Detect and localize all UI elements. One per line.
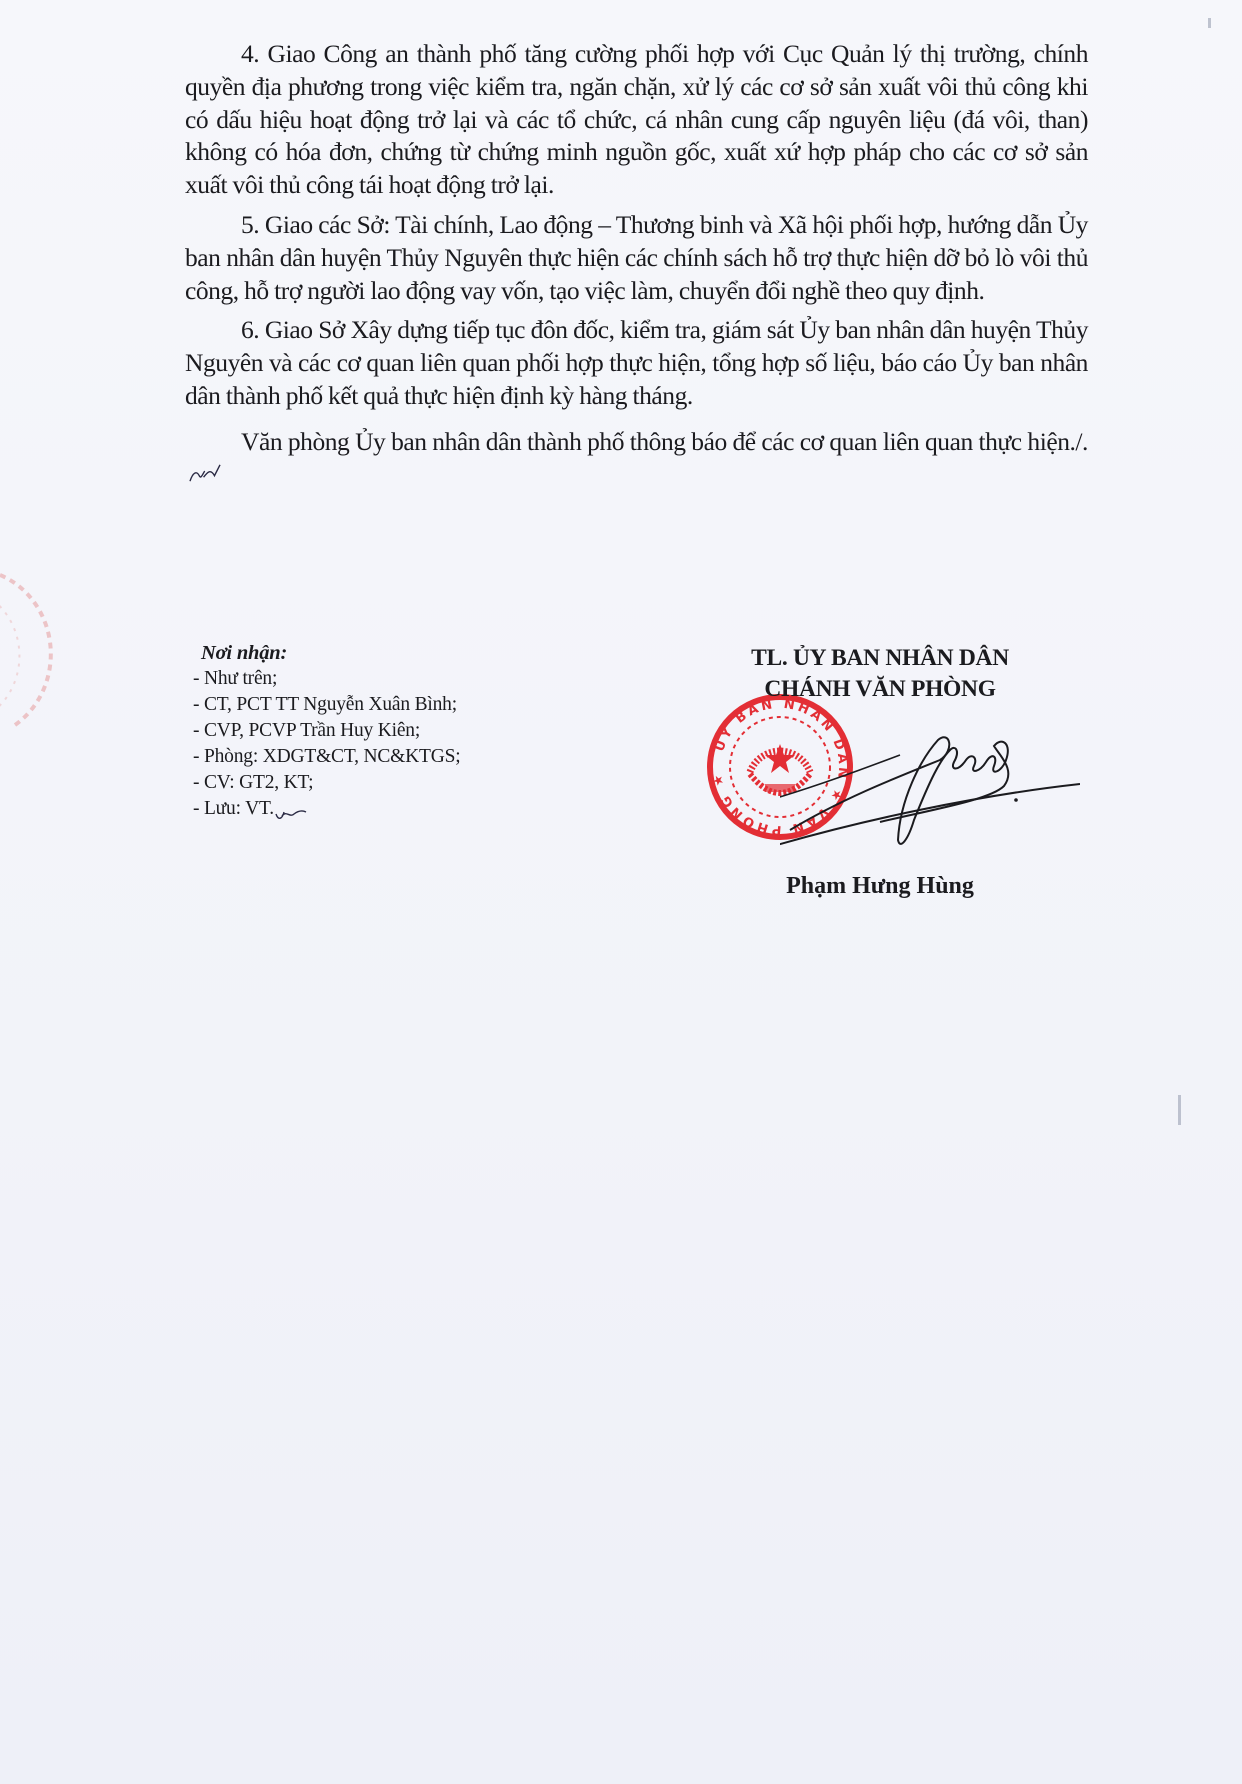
document-page: 4. Giao Công an thành phố tăng cường phố… bbox=[0, 0, 1242, 1784]
closing-text: Văn phòng Ủy ban nhân dân thành phố thôn… bbox=[241, 427, 1088, 456]
scan-edge-mark bbox=[1178, 1095, 1181, 1125]
paragraph-item-4: 4. Giao Công an thành phố tăng cường phố… bbox=[185, 38, 1088, 202]
recipient-item: - CV: GT2, KT; bbox=[193, 770, 573, 796]
recipient-item: - CT, PCT TT Nguyễn Xuân Bình; bbox=[193, 692, 573, 718]
signer-name: Phạm Hưng Hùng bbox=[690, 873, 1070, 900]
paragraph-item-6: 6. Giao Sở Xây dựng tiếp tục đôn đốc, ki… bbox=[185, 314, 1088, 412]
paragraph-item-5: 5. Giao các Sở: Tài chính, Lao động – Th… bbox=[185, 209, 1088, 307]
handwritten-initials-icon bbox=[186, 460, 224, 485]
handwritten-initials-icon bbox=[274, 804, 308, 822]
ghost-seal-mark-icon bbox=[0, 560, 65, 740]
recipient-item: - Như trên; bbox=[193, 666, 573, 692]
recipients-title: Nơi nhận: bbox=[201, 640, 573, 666]
recipient-item-last: - Lưu: VT. bbox=[193, 796, 573, 822]
recipient-item-text: - Lưu: VT. bbox=[193, 798, 274, 819]
signature-block: TL. ỦY BAN NHÂN DÂN CHÁNH VĂN PHÒNG bbox=[690, 643, 1070, 705]
recipient-item: - Phòng: XDGT&CT, NC&KTGS; bbox=[193, 744, 573, 770]
recipients-list: Nơi nhận: - Như trên; - CT, PCT TT Nguyễ… bbox=[193, 640, 573, 822]
document-body: 4. Giao Công an thành phố tăng cường phố… bbox=[185, 38, 1088, 498]
closing-paragraph: Văn phòng Ủy ban nhân dân thành phố thôn… bbox=[185, 426, 1088, 492]
scan-edge-mark bbox=[1208, 18, 1211, 28]
handwritten-signature-icon bbox=[780, 700, 1080, 860]
signature-authority: TL. ỦY BAN NHÂN DÂN bbox=[690, 643, 1070, 674]
recipient-item: - CVP, PCVP Trần Huy Kiên; bbox=[193, 718, 573, 744]
